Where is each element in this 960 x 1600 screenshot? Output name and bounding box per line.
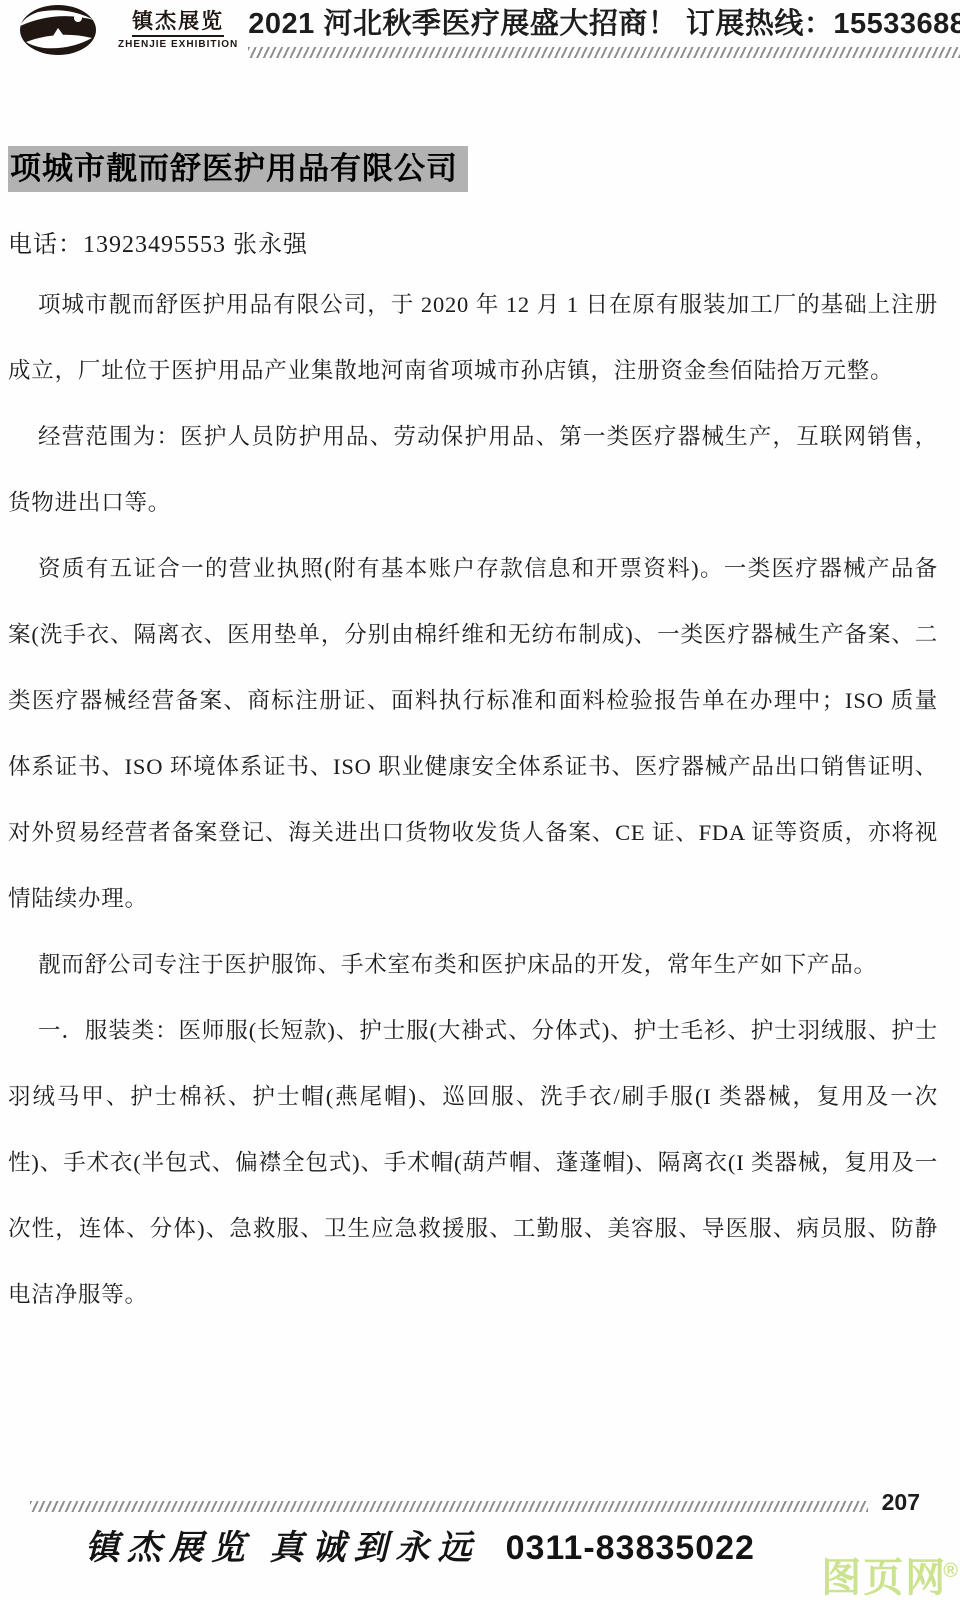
logo-text: 镇杰展览 ZHENJIE EXHIBITION [118,11,238,50]
zhenjie-logo: 镇杰展览 ZHENJIE EXHIBITION [18,4,238,56]
page-header: 镇杰展览 ZHENJIE EXHIBITION 2021 河北秋季医疗展盛大招商… [0,4,960,58]
tuyewang-watermark: 图页网® [821,1558,958,1598]
page-number-row: 207 [30,1480,920,1514]
contact-phone-line: 电话：13923495553 张永强 [8,230,938,260]
document-page: 镇杰展览 ZHENJIE EXHIBITION 2021 河北秋季医疗展盛大招商… [0,0,960,1600]
logo-en-text: ZHENJIE EXHIBITION [118,40,238,50]
paragraph-block: 项城市靓而舒医护用品有限公司，于 2020 年 12 月 1 日在原有服装加工厂… [8,272,938,1328]
header-banner: 2021 河北秋季医疗展盛大招商！ 订展热线：15533688352 [248,4,960,58]
paragraph-product-list: 一．服装类：医师服(长短款)、护士服(大褂式、分体式)、护士毛衫、护士羽绒服、护… [8,998,938,1328]
registered-mark-icon: ® [943,1560,960,1582]
footer-phone: 0311-83835022 [506,1529,755,1568]
page-number: 207 [882,1491,920,1514]
document-body: 项城市靓而舒医护用品有限公司 电话：13923495553 张永强 项城市靓而舒… [8,146,938,1328]
paragraph-business-scope: 经营范围为：医护人员防护用品、劳动保护用品、第一类医疗器械生产，互联网销售，货物… [8,404,938,536]
company-title: 项城市靓而舒医护用品有限公司 [8,146,468,192]
paragraph-intro: 项城市靓而舒医护用品有限公司，于 2020 年 12 月 1 日在原有服装加工厂… [8,272,938,404]
paragraph-focus: 靓而舒公司专注于医护服饰、手术室布类和医护床品的开发，常年生产如下产品。 [8,932,938,998]
logo-cn-text: 镇杰展览 [132,11,224,37]
banner-hotline-text: 2021 河北秋季医疗展盛大招商！ 订展热线：15533688352 [248,4,960,44]
footer-slogan-text: 镇杰展览 真诚到永远 [85,1520,480,1569]
paragraph-qualifications: 资质有五证合一的营业执照(附有基本账户存款信息和开票资料)。一类医疗器械产品备案… [8,536,938,932]
page-footer: 207 镇杰展览 真诚到永远 0311-83835022 图页网® [0,1480,960,1600]
header-divider-hatch [248,47,960,58]
watermark-text: 图页网 [821,1556,947,1600]
zhenjie-logo-icon [18,4,114,56]
footer-divider-hatch [30,1501,868,1512]
footer-slogan-row: 镇杰展览 真诚到永远 0311-83835022 [0,1520,840,1569]
